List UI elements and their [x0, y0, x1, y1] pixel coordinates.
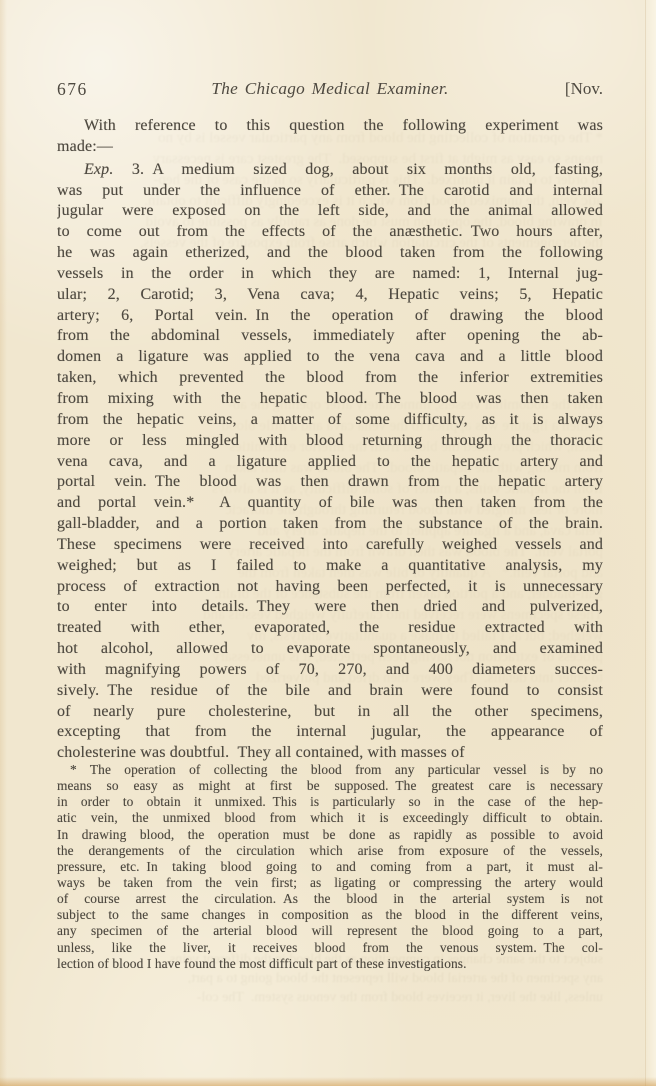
text-line: from mixing with the hepatic blood. The … [57, 389, 603, 410]
scanned-book-page: * The operation of collecting the blood … [0, 0, 656, 1086]
text-line: excepting that from the internal jugular… [57, 722, 603, 743]
text-line: ular; 2, Carotid; 3, Vena cava; 4, Hepat… [57, 285, 603, 306]
ghost-line: unless, like the liver, it receives bloo… [57, 988, 603, 1007]
text-line: from the hepatic veins, a matter of some… [57, 410, 603, 431]
text-line: made:— [57, 137, 603, 158]
text-line: and portal vein.* A quantity of bile was… [57, 493, 603, 514]
text-line: These specimens were received into caref… [57, 535, 603, 556]
text-line: any specimen of the arterial blood will … [57, 923, 603, 939]
text-line: he was again etherized, and the blood ta… [57, 243, 603, 264]
page-edge-line [645, 0, 646, 1086]
text-line: subject to the same changes in compositi… [57, 907, 603, 923]
text-line: hot alcohol, allowed to evaporate sponta… [57, 639, 603, 660]
text-line: process of extraction not having been pe… [57, 577, 603, 598]
text-line: pressure, etc. In taking blood going to … [57, 859, 603, 875]
paragraph-experiment-3: Exp. 3. A medium sized dog, about six mo… [57, 160, 603, 764]
text-line: lection of blood I have found the most d… [57, 956, 603, 972]
issue-label: [Nov. [565, 79, 603, 99]
text-line: of nearly pure cholesterine, but in all … [57, 702, 603, 723]
text-line: atic vein, the unmixed blood from which … [57, 810, 603, 826]
text-line: gall-bladder, and a portion taken from t… [57, 514, 603, 535]
text-line: vessels in the order in which they are n… [57, 264, 603, 285]
text-line: With reference to this question the foll… [57, 116, 603, 137]
text-line: * The operation of collecting the blood … [57, 762, 603, 778]
text-line: to enter into details. They were then dr… [57, 597, 603, 618]
text-line: jugular were exposed on the left side, a… [57, 201, 603, 222]
footnote: * The operation of collecting the blood … [57, 762, 603, 972]
text-line: In drawing blood, the operation must be … [57, 827, 603, 843]
running-head: 676 The Chicago Medical Examiner. [Nov. [57, 79, 603, 103]
page-edge-bottom [0, 1077, 656, 1086]
text-line: in order to obtain it unmixed. This is p… [57, 794, 603, 810]
text-line: Exp. 3. A medium sized dog, about six mo… [57, 160, 603, 181]
paragraph-intro: With reference to this question the foll… [57, 116, 603, 158]
text-line: the derangements of the circulation whic… [57, 843, 603, 859]
text-line: treated with ether, evaporated, the resi… [57, 618, 603, 639]
ghost-line: any specimen of the arterial blood will … [57, 969, 603, 988]
page-edge-right [644, 0, 656, 1086]
text-line: unless, like the liver, it receives bloo… [57, 940, 603, 956]
text-line: artery; 6, Portal vein. In the operation… [57, 306, 603, 327]
text-line: was put under the influence of ether. Th… [57, 181, 603, 202]
journal-title: The Chicago Medical Examiner. [57, 79, 603, 99]
text-line: vena cava, and a ligature applied to the… [57, 452, 603, 473]
text-line: more or less mingled with blood returnin… [57, 431, 603, 452]
article-body: With reference to this question the foll… [57, 116, 603, 764]
text-line: from the abdominal vessels, immediately … [57, 326, 603, 347]
text-line: to come out from the effects of the anæs… [57, 222, 603, 243]
text-line: with magnifying powers of 70, 270, and 4… [57, 660, 603, 681]
text-line: sively. The residue of the bile and brai… [57, 681, 603, 702]
text-line: weighed; but as I failed to make a quant… [57, 556, 603, 577]
text-line: taken, which prevented the blood from th… [57, 368, 603, 389]
page-edge-left [0, 0, 7, 1086]
text-line: domen a ligature was applied to the vena… [57, 347, 603, 368]
text-line: means so easy as might at first be suppo… [57, 778, 603, 794]
text-line: ways be taken from the vein first; as li… [57, 875, 603, 891]
text-line: of course arrest the circulation. As the… [57, 891, 603, 907]
text-line: portal vein. The blood was then drawn fr… [57, 472, 603, 493]
